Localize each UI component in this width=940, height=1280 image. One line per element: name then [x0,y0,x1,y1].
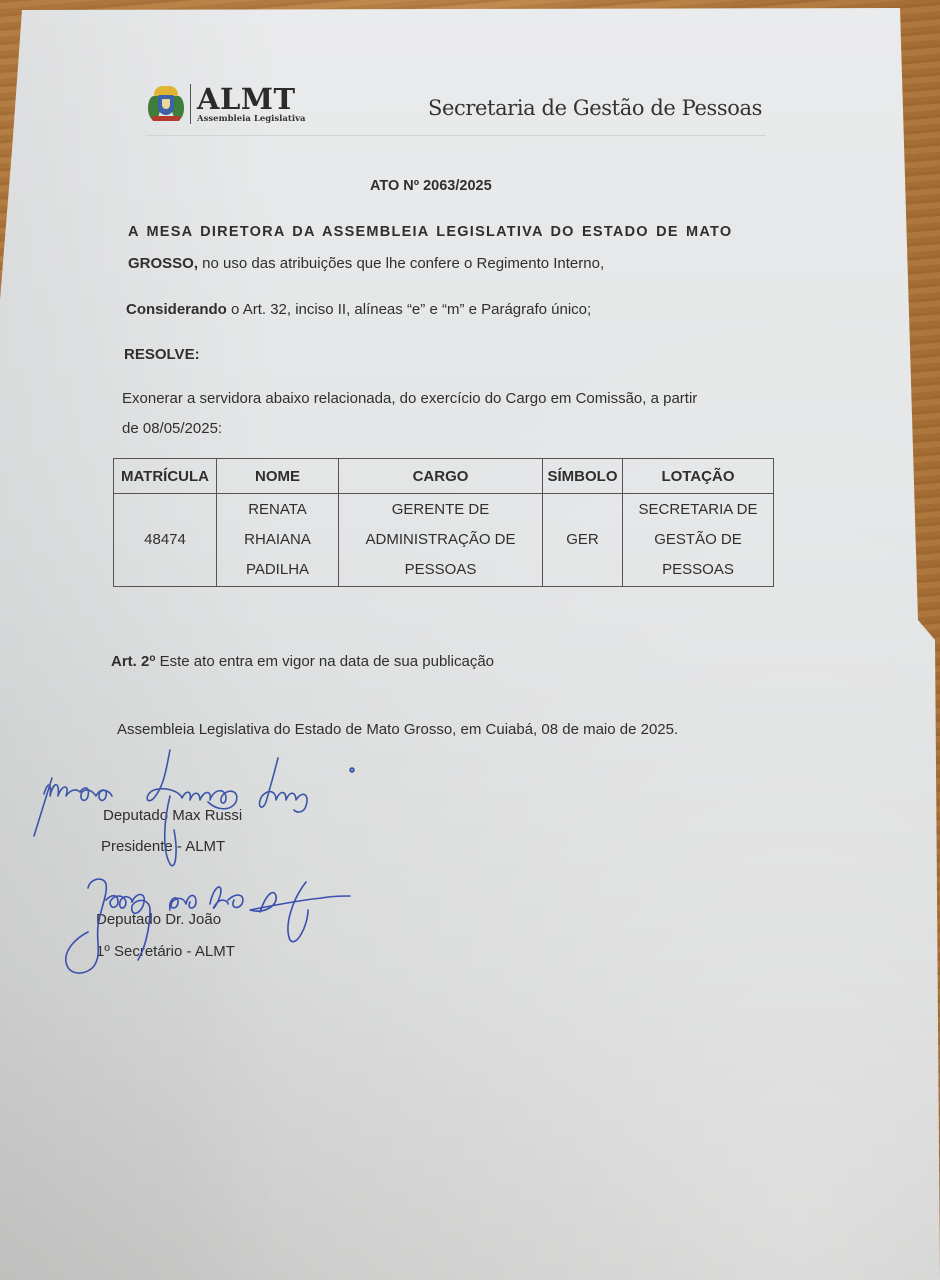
header-cargo: CARGO [339,459,543,494]
cell-simbolo: GER [543,494,623,587]
staff-table: MATRÍCULA NOME CARGO SÍMBOLO LOTAÇÃO 484… [113,458,774,587]
resolve-heading: RESOLVE: [124,346,200,363]
place-and-date: Assembleia Legislativa do Estado de Mato… [117,721,678,738]
letterhead: ALMT Assembleia Legislativa Secretaria d… [146,82,764,138]
logo-divider [190,84,191,124]
signatory-2-name: Deputado Dr. João [96,911,221,928]
cell-cargo: GERENTE DE ADMINISTRAÇÃO DE PESSOAS [339,494,543,587]
resolution-text-line-1: Exonerar a servidora abaixo relacionada,… [122,390,697,407]
signatory-2-role: 1º Secretário - ALMT [96,943,235,960]
signatory-1-role: Presidente - ALMT [101,838,225,855]
header-rule [146,135,766,136]
almt-logo: ALMT Assembleia Legislativa [146,84,306,124]
cell-lotacao: SECRETARIA DE GESTÃO DE PESSOAS [623,494,774,587]
header-lotacao: LOTAÇÃO [623,459,774,494]
table-header-row: MATRÍCULA NOME CARGO SÍMBOLO LOTAÇÃO [114,459,774,494]
article-2: Art. 2o Este ato entra em vigor na data … [111,653,494,670]
preamble-line-1: A MESA DIRETORA DA ASSEMBLEIA LEGISLATIV… [128,224,732,240]
coat-of-arms-icon [146,84,186,124]
act-title: ATO Nº 2063/2025 [370,178,492,194]
header-matricula: MATRÍCULA [114,459,217,494]
cell-nome: RENATA RHAIANA PADILHA [217,494,339,587]
header-nome: NOME [217,459,339,494]
cell-matricula: 48474 [114,494,217,587]
resolution-text-line-2: de 08/05/2025: [122,420,222,437]
department-name: Secretaria de Gestão de Pessoas [428,96,762,120]
header-simbolo: SÍMBOLO [543,459,623,494]
logo-title: ALMT [197,85,306,114]
preamble-line-2: GROSSO, no uso das atribuições que lhe c… [128,255,604,272]
signatory-1-name: Deputado Max Russi [103,807,242,824]
logo-subtitle: Assembleia Legislativa [197,115,306,124]
considerando-clause: Considerando o Art. 32, inciso II, alíne… [126,301,591,318]
table-row: 48474 RENATA RHAIANA PADILHA GERENTE DE … [114,494,774,587]
